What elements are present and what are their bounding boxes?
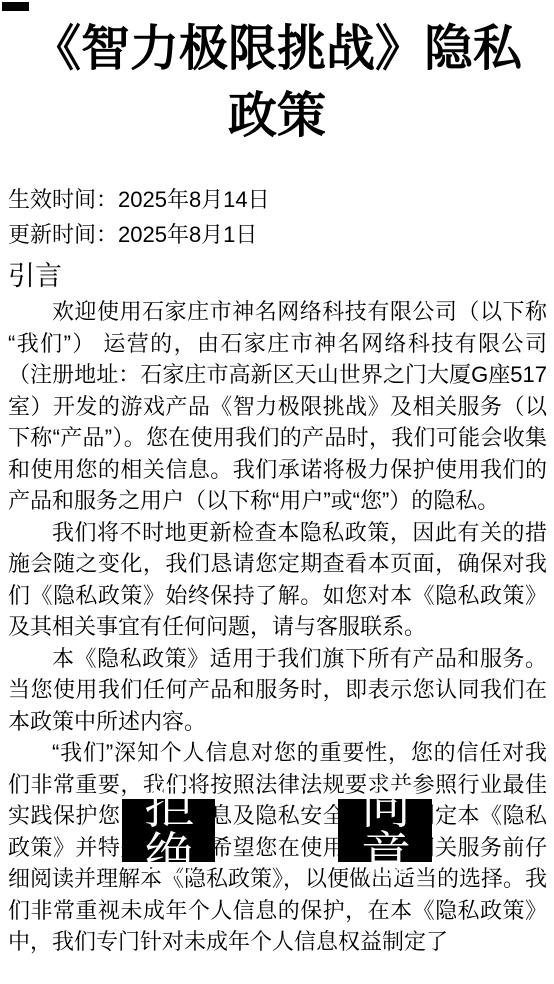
policy-body: 欢迎使用石家庄市神名网络科技有限公司（以下称“我们”） 运营的，由石家庄市神名网… bbox=[8, 296, 547, 958]
updated-date: 更新时间：2025年8月1日 bbox=[8, 217, 546, 252]
page-title-line-1: 《智力极限挑战》隐私 bbox=[10, 16, 544, 83]
privacy-policy-page: 《智力极限挑战》隐私 政策 生效时间：2025年8月14日 更新时间：2025年… bbox=[0, 0, 554, 984]
policy-paragraph-2: 我们将不时地更新检查本隐私政策，因此有关的措施会随之变化，我们恳请您定期查看本页… bbox=[8, 517, 547, 643]
effective-date: 生效时间：2025年8月14日 bbox=[8, 182, 546, 217]
agree-button[interactable]: 同意 bbox=[338, 799, 432, 862]
policy-dates: 生效时间：2025年8月14日 更新时间：2025年8月1日 bbox=[8, 182, 546, 252]
policy-paragraph-4: “我们”深知个人信息对您的重要性，您的信任对我们非常重要，我们将按照法律法规要求… bbox=[8, 737, 547, 958]
policy-paragraph-1: 欢迎使用石家庄市神名网络科技有限公司（以下称“我们”） 运营的，由石家庄市神名网… bbox=[8, 296, 547, 517]
page-title: 《智力极限挑战》隐私 政策 bbox=[10, 16, 544, 150]
section-heading-introduction: 引言 bbox=[8, 256, 546, 296]
policy-paragraph-3: 本《隐私政策》适用于我们旗下所有产品和服务。当您使用我们任何产品和服务时，即表示… bbox=[8, 643, 547, 738]
page-title-line-2: 政策 bbox=[10, 83, 544, 150]
reject-button[interactable]: 拒绝 bbox=[122, 799, 215, 862]
top-left-mark bbox=[2, 2, 29, 11]
